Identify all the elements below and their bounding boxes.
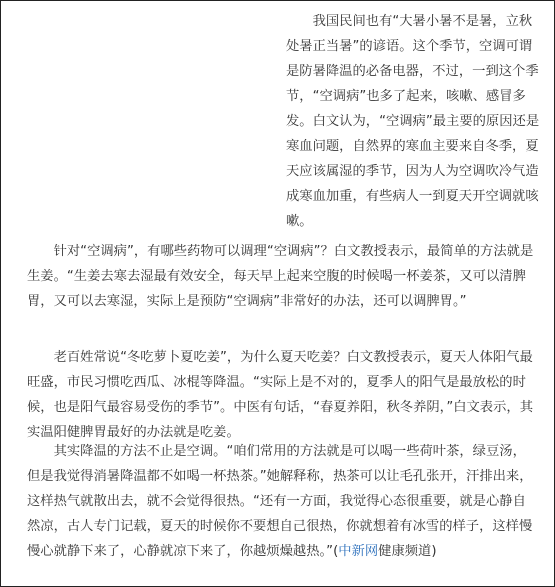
paragraph-2: 针对“空调病”，有哪些药物可以调理“空调病”？白文教授表示，最简单的方法就是生姜… bbox=[27, 239, 539, 314]
paragraph-3: 老百姓常说“冬吃萝卜夏吃姜”，为什么夏天吃姜？白文教授表示，夏天人体阳气最旺盛，… bbox=[27, 345, 539, 445]
source-tail: 健康频道) bbox=[378, 544, 436, 559]
article-image bbox=[1, 1, 286, 231]
paragraph-4-text: 其实降温的方法不止是空调。“咱们常用的方法就是可以喝一些荷叶茶，绿豆汤，但是我觉… bbox=[27, 444, 533, 559]
article-frame: 我国民间也有“大暑小暑不是暑，立秋处暑正当暑”的谚语。这个季节，空调可谓是防暑降… bbox=[0, 0, 555, 587]
paragraph-1: 我国民间也有“大暑小暑不是暑，立秋处暑正当暑”的谚语。这个季节，空调可谓是防暑降… bbox=[286, 9, 540, 234]
source-link[interactable]: 中新网 bbox=[338, 544, 378, 559]
paragraph-4: 其实降温的方法不止是空调。“咱们常用的方法就是可以喝一些荷叶茶，绿豆汤，但是我觉… bbox=[27, 439, 539, 564]
